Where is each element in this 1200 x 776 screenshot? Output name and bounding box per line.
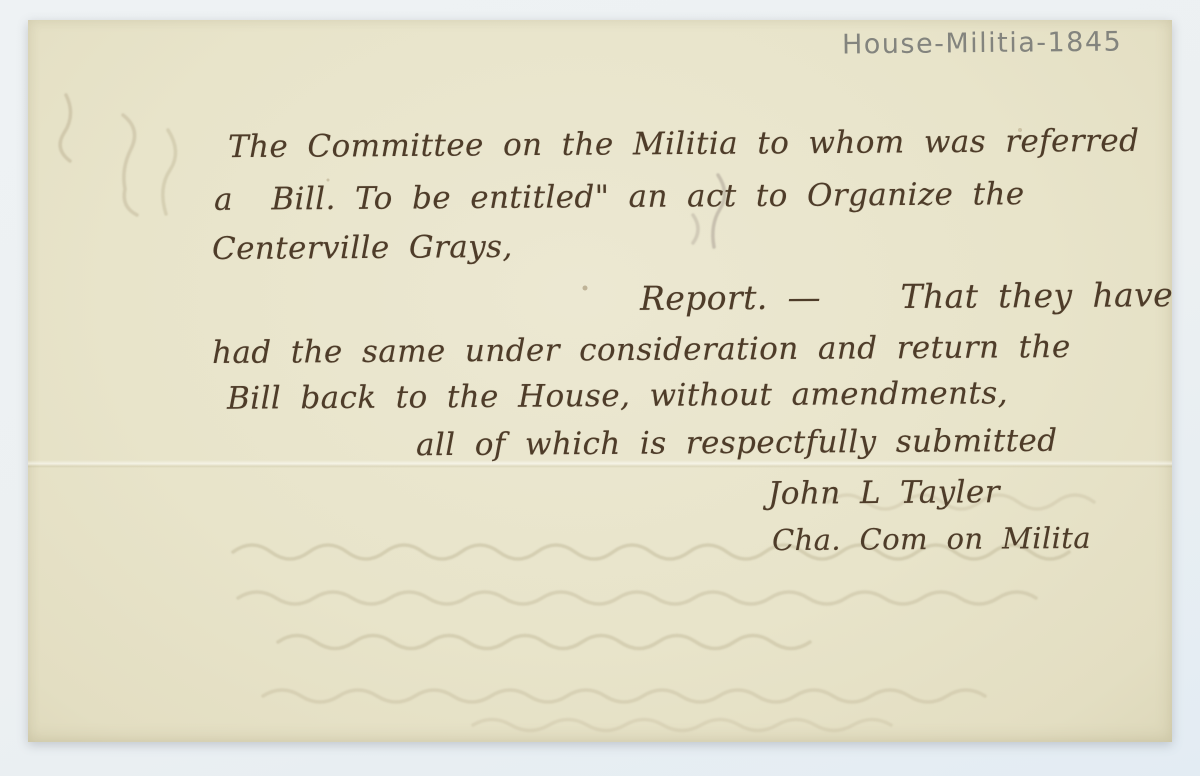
handwritten-line: Centerville Grays, [212,229,513,267]
signature-title: Cha. Com on Milita [772,521,1091,557]
handwritten-line: all of which is respectfully submitted [416,423,1058,463]
handwritten-line: The Committee on the Militia to whom was… [228,123,1140,165]
paper: House-Militia-1845 The Committee on the … [28,20,1172,742]
handwritten-line-report-heading: Report. — That they have [640,275,1173,318]
handwritten-line: had the same under consideration and ret… [212,329,1071,371]
signature: John L Tayler [768,474,1000,512]
scan-background: House-Militia-1845 The Committee on the … [0,0,1200,776]
handwritten-line: a Bill. To be entitled" an act to Organi… [214,176,1025,218]
handwritten-line: Bill back to the House, without amendmen… [227,375,1008,416]
archival-annotation: House-Militia-1845 [842,27,1123,61]
